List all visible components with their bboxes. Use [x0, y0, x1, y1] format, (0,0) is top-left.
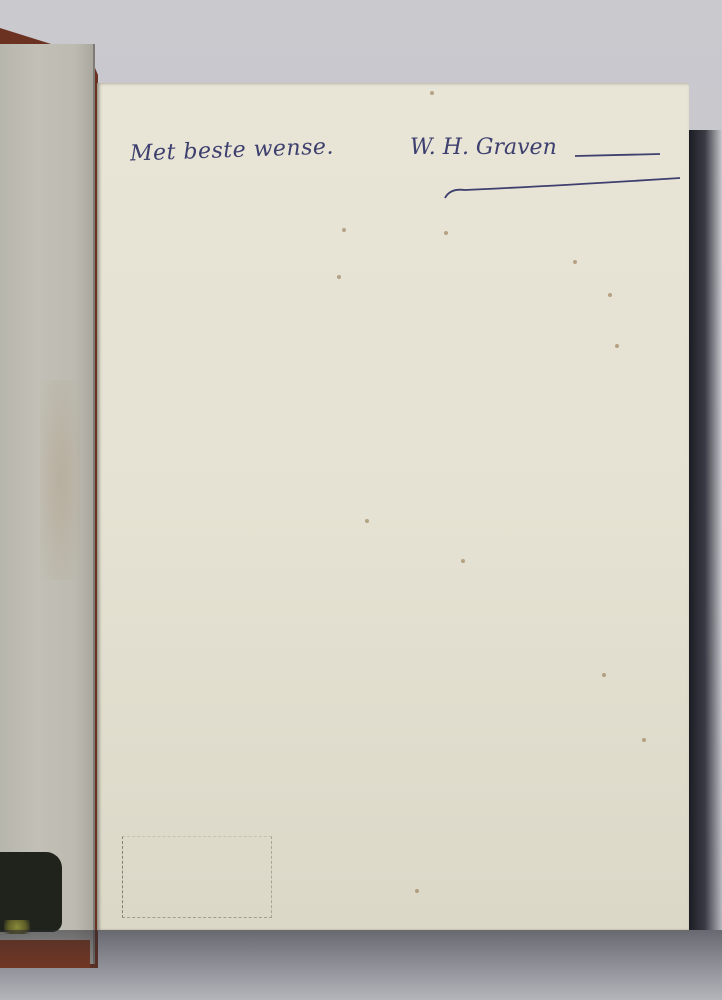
foxing-spot: [430, 91, 434, 95]
foxing-spot: [608, 293, 612, 297]
foxing-spot: [444, 231, 448, 235]
foxing-spot: [573, 260, 577, 264]
book-shadow-bottom: [0, 930, 722, 1000]
foxing-spot: [642, 738, 646, 742]
page-shadow-right: [688, 130, 722, 930]
endpaper-stain: [40, 380, 80, 580]
foxing-spot: [461, 559, 465, 563]
foxing-spot: [365, 519, 369, 523]
flyleaf-page: [97, 83, 689, 931]
foxing-spot: [342, 228, 346, 232]
foxing-spot: [337, 275, 341, 279]
faded-stamp-outline: [122, 836, 272, 918]
foxing-spot: [615, 344, 619, 348]
foxing-spot: [415, 889, 419, 893]
signature-flourish: [405, 130, 695, 210]
foxing-spot: [602, 673, 606, 677]
book-photo: Met beste wense. W. H. Graven: [0, 0, 722, 1000]
